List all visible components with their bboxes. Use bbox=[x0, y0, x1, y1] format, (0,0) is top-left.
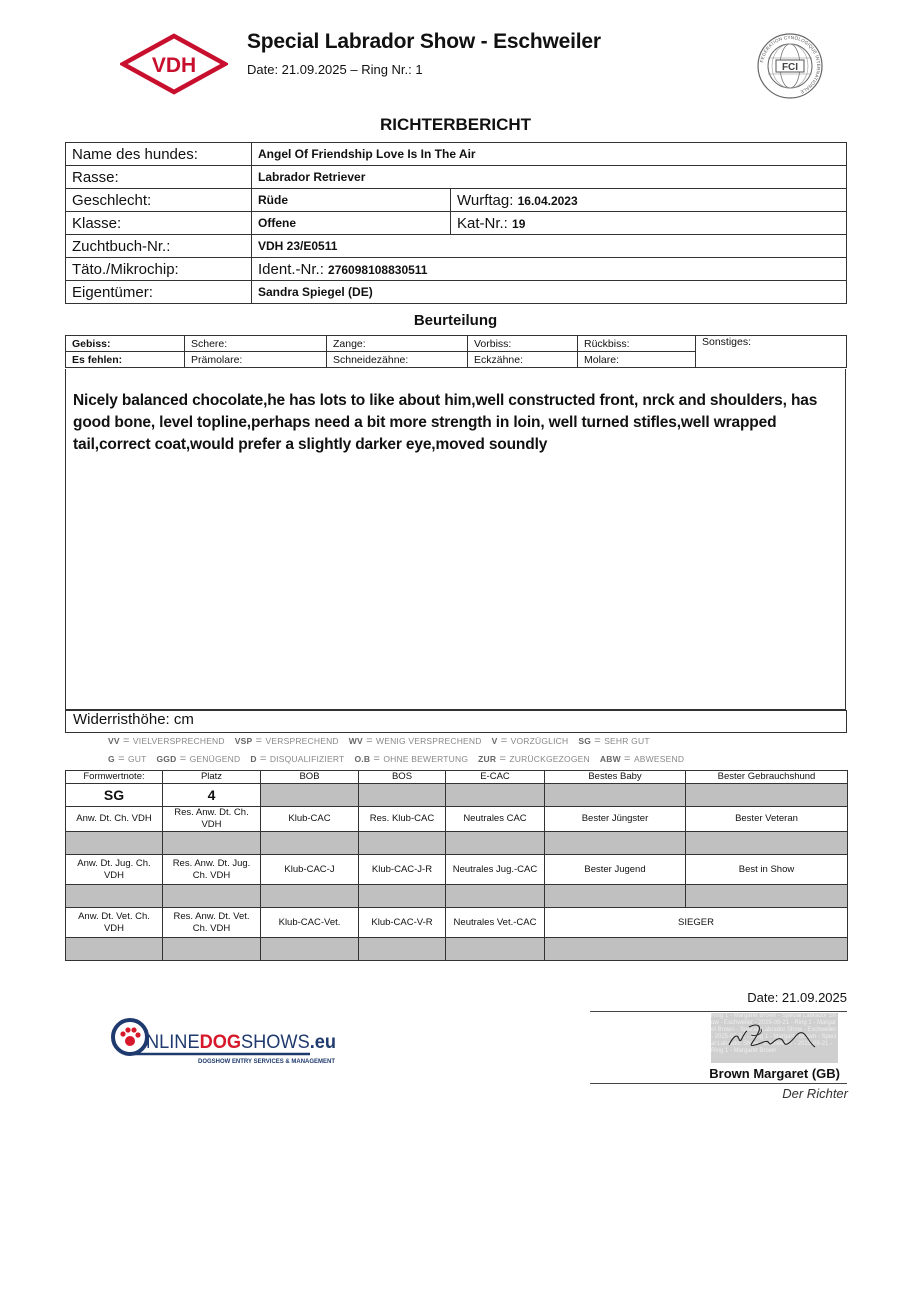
svg-text:DOGSHOW ENTRY SERVICES & MANAG: DOGSHOW ENTRY SERVICES & MANAGEMENT bbox=[198, 1058, 335, 1065]
award-cell-empty bbox=[261, 784, 359, 807]
legend-entry: GGD = GENÜGEND bbox=[157, 754, 241, 764]
award-label: Res. Klub-CAC bbox=[359, 807, 446, 832]
legend-meaning: VORZÜGLICH bbox=[511, 736, 569, 746]
teeth-cell: Es fehlen: bbox=[66, 352, 185, 368]
award-label: Res. Anw. Dt. Jug. Ch. VDH bbox=[163, 855, 261, 885]
judge-comment: Nicely balanced chocolate,he has lots to… bbox=[73, 390, 843, 456]
award-label: Neutrales Vet.-CAC bbox=[446, 908, 545, 938]
awards-header: BOB bbox=[261, 771, 359, 784]
chip-cell: Ident.-Nr.: 276098108830511 bbox=[252, 258, 847, 281]
breed-label: Rasse: bbox=[66, 166, 252, 189]
legend-meaning: ZURÜCKGEZOGEN bbox=[509, 754, 590, 764]
legend-entry: WV = WENIG VERSPRECHEND bbox=[349, 736, 482, 746]
award-cell-empty bbox=[446, 832, 545, 855]
teeth-cell: Rückbiss: bbox=[578, 336, 696, 352]
legend-code: SG bbox=[578, 736, 591, 746]
legend-meaning: GUT bbox=[128, 754, 147, 764]
award-cell-empty bbox=[359, 832, 446, 855]
award-cell-empty bbox=[545, 784, 686, 807]
report-title: RICHTERBERICHT bbox=[0, 115, 911, 135]
class-value: Offene bbox=[252, 212, 451, 235]
award-cell-empty bbox=[686, 784, 848, 807]
award-label: Res. Anw. Dt. Vet. Ch. VDH bbox=[163, 908, 261, 938]
assessment-heading: Beurteilung bbox=[0, 312, 911, 329]
legend-meaning: ABWESEND bbox=[634, 754, 684, 764]
awards-label-row-vet: Anw. Dt. Vet. Ch. VDH Res. Anw. Dt. Vet.… bbox=[66, 908, 848, 938]
onlinedogshows-logo: NLINEDOGSHOWS.eu DOGSHOW ENTRY SERVICES … bbox=[110, 1015, 340, 1070]
name-value: Angel Of Friendship Love Is In The Air bbox=[252, 143, 847, 166]
divider bbox=[590, 1083, 847, 1084]
cat-label: Kat-Nr.: bbox=[457, 215, 512, 232]
cat-cell: Kat-Nr.: 19 bbox=[451, 212, 847, 235]
birth-label: Wurftag: bbox=[457, 192, 518, 209]
award-cell-empty bbox=[545, 832, 686, 855]
judge-role: Der Richter bbox=[600, 1086, 848, 1101]
sex-row: Geschlecht: Rüde Wurftag: 16.04.2023 bbox=[66, 189, 847, 212]
legend-meaning: WENIG VERSPRECHEND bbox=[376, 736, 482, 746]
teeth-cell: Prämolare: bbox=[185, 352, 327, 368]
dog-info-table: Name des hundes: Angel Of Friendship Lov… bbox=[65, 142, 847, 304]
legend-entry: SG = SEHR GUT bbox=[578, 736, 649, 746]
award-label: Bester Jüngster bbox=[545, 807, 686, 832]
legend-code: ZUR bbox=[478, 754, 496, 764]
award-cell-empty bbox=[163, 832, 261, 855]
legend-code: ABW bbox=[600, 754, 621, 764]
legend-code: VV bbox=[108, 736, 120, 746]
studbook-row: Zuchtbuch-Nr.: VDH 23/E0511 bbox=[66, 235, 847, 258]
award-cell-empty bbox=[66, 832, 163, 855]
owner-row: Eigentümer: Sandra Spiegel (DE) bbox=[66, 281, 847, 304]
award-label: Klub-CAC-Vet. bbox=[261, 908, 359, 938]
award-label: Klub-CAC-J bbox=[261, 855, 359, 885]
legend-entry: O.B = OHNE BEWERTUNG bbox=[354, 754, 468, 764]
award-label: Klub-CAC-J-R bbox=[359, 855, 446, 885]
award-cell-empty bbox=[446, 784, 545, 807]
name-row: Name des hundes: Angel Of Friendship Lov… bbox=[66, 143, 847, 166]
owner-label: Eigentümer: bbox=[66, 281, 252, 304]
awards-header: E-CAC bbox=[446, 771, 545, 784]
award-label: Best in Show bbox=[686, 855, 848, 885]
grade-value: SG bbox=[66, 784, 163, 807]
show-title: Special Labrador Show - Eschweiler bbox=[247, 30, 601, 54]
fci-logo: FCI FEDERATION CYNOLOGIQUE INTERNATIONAL… bbox=[756, 32, 824, 100]
svg-text:NLINEDOGSHOWS.eu: NLINEDOGSHOWS.eu bbox=[146, 1032, 336, 1053]
height-label: Widerristhöhe: cm bbox=[73, 711, 194, 728]
awards-header: Bester Gebrauchshund bbox=[686, 771, 848, 784]
award-label: Anw. Dt. Jug. Ch. VDH bbox=[66, 855, 163, 885]
legend-code: VSP bbox=[235, 736, 253, 746]
legend-meaning: GENÜGEND bbox=[190, 754, 241, 764]
legend-code: O.B bbox=[354, 754, 370, 764]
teeth-cell: Gebiss: bbox=[66, 336, 185, 352]
svg-text:FCI: FCI bbox=[782, 62, 798, 73]
awards-header: BOS bbox=[359, 771, 446, 784]
teeth-cell: Vorbiss: bbox=[468, 336, 578, 352]
awards-header: Bestes Baby bbox=[545, 771, 686, 784]
chip-value: 276098108830511 bbox=[328, 263, 427, 277]
breed-row: Rasse: Labrador Retriever bbox=[66, 166, 847, 189]
awards-table: Formwertnote: Platz BOB BOS E-CAC Bestes… bbox=[65, 770, 848, 961]
awards-label-row-ch: Anw. Dt. Ch. VDH Res. Anw. Dt. Ch. VDH K… bbox=[66, 807, 848, 832]
award-label: Bester Jugend bbox=[545, 855, 686, 885]
awards-empty-row bbox=[66, 832, 848, 855]
award-label-sieger: SIEGER bbox=[545, 908, 848, 938]
cat-value: 19 bbox=[512, 217, 525, 231]
award-cell-empty bbox=[446, 938, 545, 961]
award-label: Bester Veteran bbox=[686, 807, 848, 832]
award-cell-empty bbox=[261, 938, 359, 961]
legend-code: WV bbox=[349, 736, 363, 746]
name-label: Name des hundes: bbox=[66, 143, 252, 166]
award-label: Res. Anw. Dt. Ch. VDH bbox=[163, 807, 261, 832]
award-cell-empty bbox=[163, 885, 261, 908]
legend-entry: V = VORZÜGLICH bbox=[492, 736, 569, 746]
award-cell-empty bbox=[66, 938, 163, 961]
award-label: Klub-CAC-V-R bbox=[359, 908, 446, 938]
awards-label-row-jug: Anw. Dt. Jug. Ch. VDH Res. Anw. Dt. Jug.… bbox=[66, 855, 848, 885]
award-cell-empty bbox=[686, 832, 848, 855]
signature-scribble bbox=[711, 1013, 838, 1063]
award-label: Anw. Dt. Vet. Ch. VDH bbox=[66, 908, 163, 938]
award-cell-empty bbox=[686, 885, 848, 908]
studbook-label: Zuchtbuch-Nr.: bbox=[66, 235, 252, 258]
award-cell-empty bbox=[261, 832, 359, 855]
legend-code: G bbox=[108, 754, 115, 764]
teeth-table: Gebiss: Schere: Zange: Vorbiss: Rückbiss… bbox=[65, 335, 847, 368]
teeth-row-bite: Gebiss: Schere: Zange: Vorbiss: Rückbiss… bbox=[66, 336, 847, 352]
legend-meaning: OHNE BEWERTUNG bbox=[383, 754, 468, 764]
class-label: Klasse: bbox=[66, 212, 252, 235]
teeth-cell: Schere: bbox=[185, 336, 327, 352]
award-cell-empty bbox=[446, 885, 545, 908]
sex-value: Rüde bbox=[252, 189, 451, 212]
signature-date: Date: 21.09.2025 bbox=[600, 990, 847, 1005]
signature-image: Ring 1 - Margaret Brown - Special Labrad… bbox=[711, 1013, 838, 1063]
legend-entry: G = GUT bbox=[108, 754, 147, 764]
chip-prefix: Ident.-Nr.: bbox=[258, 261, 328, 278]
award-cell-empty bbox=[545, 885, 686, 908]
legend-entry: ZUR = ZURÜCKGEZOGEN bbox=[478, 754, 590, 764]
legend-entry: VSP = VERSPRECHEND bbox=[235, 736, 339, 746]
awards-values-row: SG 4 bbox=[66, 784, 848, 807]
other-cell: Sonstiges: bbox=[696, 336, 847, 368]
legend-entry: VV = VIELVERSPRECHEND bbox=[108, 736, 225, 746]
teeth-cell: Molare: bbox=[578, 352, 696, 368]
chip-row: Täto./Mikrochip: Ident.-Nr.: 27609810883… bbox=[66, 258, 847, 281]
chip-label: Täto./Mikrochip: bbox=[66, 258, 252, 281]
awards-header-row: Formwertnote: Platz BOB BOS E-CAC Bestes… bbox=[66, 771, 848, 784]
divider bbox=[590, 1011, 847, 1012]
owner-value: Sandra Spiegel (DE) bbox=[252, 281, 847, 304]
award-label: Klub-CAC bbox=[261, 807, 359, 832]
award-cell-empty bbox=[545, 938, 848, 961]
legend-entry: ABW = ABWESEND bbox=[600, 754, 684, 764]
teeth-cell: Zange: bbox=[327, 336, 468, 352]
vdh-logo: VDH bbox=[120, 33, 228, 95]
award-cell-empty bbox=[359, 784, 446, 807]
judge-name: Brown Margaret (GB) bbox=[600, 1066, 840, 1081]
grade-legend-line1: VV = VIELVERSPRECHENDVSP = VERSPRECHENDW… bbox=[108, 735, 660, 747]
legend-meaning: VIELVERSPRECHEND bbox=[133, 736, 225, 746]
awards-header: Platz bbox=[163, 771, 261, 784]
sex-label: Geschlecht: bbox=[66, 189, 252, 212]
teeth-cell: Eckzähne: bbox=[468, 352, 578, 368]
award-cell-empty bbox=[66, 885, 163, 908]
award-cell-empty bbox=[261, 885, 359, 908]
award-label: Neutrales Jug.-CAC bbox=[446, 855, 545, 885]
birth-value: 16.04.2023 bbox=[518, 194, 578, 208]
show-subtitle: Date: 21.09.2025 – Ring Nr.: 1 bbox=[247, 62, 423, 77]
award-cell-empty bbox=[163, 938, 261, 961]
legend-meaning: VERSPRECHEND bbox=[266, 736, 339, 746]
class-row: Klasse: Offene Kat-Nr.: 19 bbox=[66, 212, 847, 235]
birth-cell: Wurftag: 16.04.2023 bbox=[451, 189, 847, 212]
place-value: 4 bbox=[163, 784, 261, 807]
svg-text:VDH: VDH bbox=[152, 54, 196, 77]
legend-entry: D = DISQUALIFIZIERT bbox=[250, 754, 344, 764]
grade-legend-line2: G = GUTGGD = GENÜGENDD = DISQUALIFIZIERT… bbox=[108, 753, 694, 765]
legend-code: GGD bbox=[157, 754, 177, 764]
awards-empty-row bbox=[66, 885, 848, 908]
awards-header: Formwertnote: bbox=[66, 771, 163, 784]
teeth-cell: Schneidezähne: bbox=[327, 352, 468, 368]
award-label: Anw. Dt. Ch. VDH bbox=[66, 807, 163, 832]
legend-meaning: DISQUALIFIZIERT bbox=[270, 754, 345, 764]
breed-value: Labrador Retriever bbox=[252, 166, 847, 189]
award-cell-empty bbox=[359, 938, 446, 961]
awards-empty-row bbox=[66, 938, 848, 961]
legend-meaning: SEHR GUT bbox=[604, 736, 650, 746]
studbook-value: VDH 23/E0511 bbox=[252, 235, 847, 258]
award-label: Neutrales CAC bbox=[446, 807, 545, 832]
award-cell-empty bbox=[359, 885, 446, 908]
